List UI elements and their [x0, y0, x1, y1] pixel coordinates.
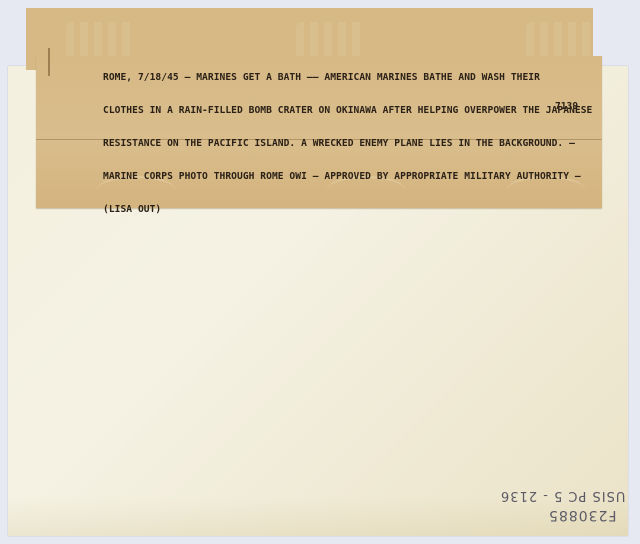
typed-caption: ROME, 7/18/45 — MARINES GET A BATH —— AM…: [103, 50, 603, 226]
handwritten-catalog-id: F230885: [548, 507, 617, 523]
caption-line: ROME, 7/18/45 — MARINES GET A BATH —— AM…: [103, 72, 603, 83]
photo-number: 7139: [555, 101, 578, 112]
caption-line: CLOTHES IN A RAIN-FILLED BOMB CRATER ON …: [103, 105, 603, 116]
caption-line: RESISTANCE ON THE PACIFIC ISLAND. A WREC…: [103, 138, 603, 149]
caption-line: MARINE CORPS PHOTO THROUGH ROME OWI — AP…: [103, 171, 603, 182]
caption-line: (LISA OUT): [103, 204, 603, 215]
handwritten-reference: USIS PC 5 - 2136: [500, 488, 625, 503]
paper-stain: [48, 48, 50, 76]
